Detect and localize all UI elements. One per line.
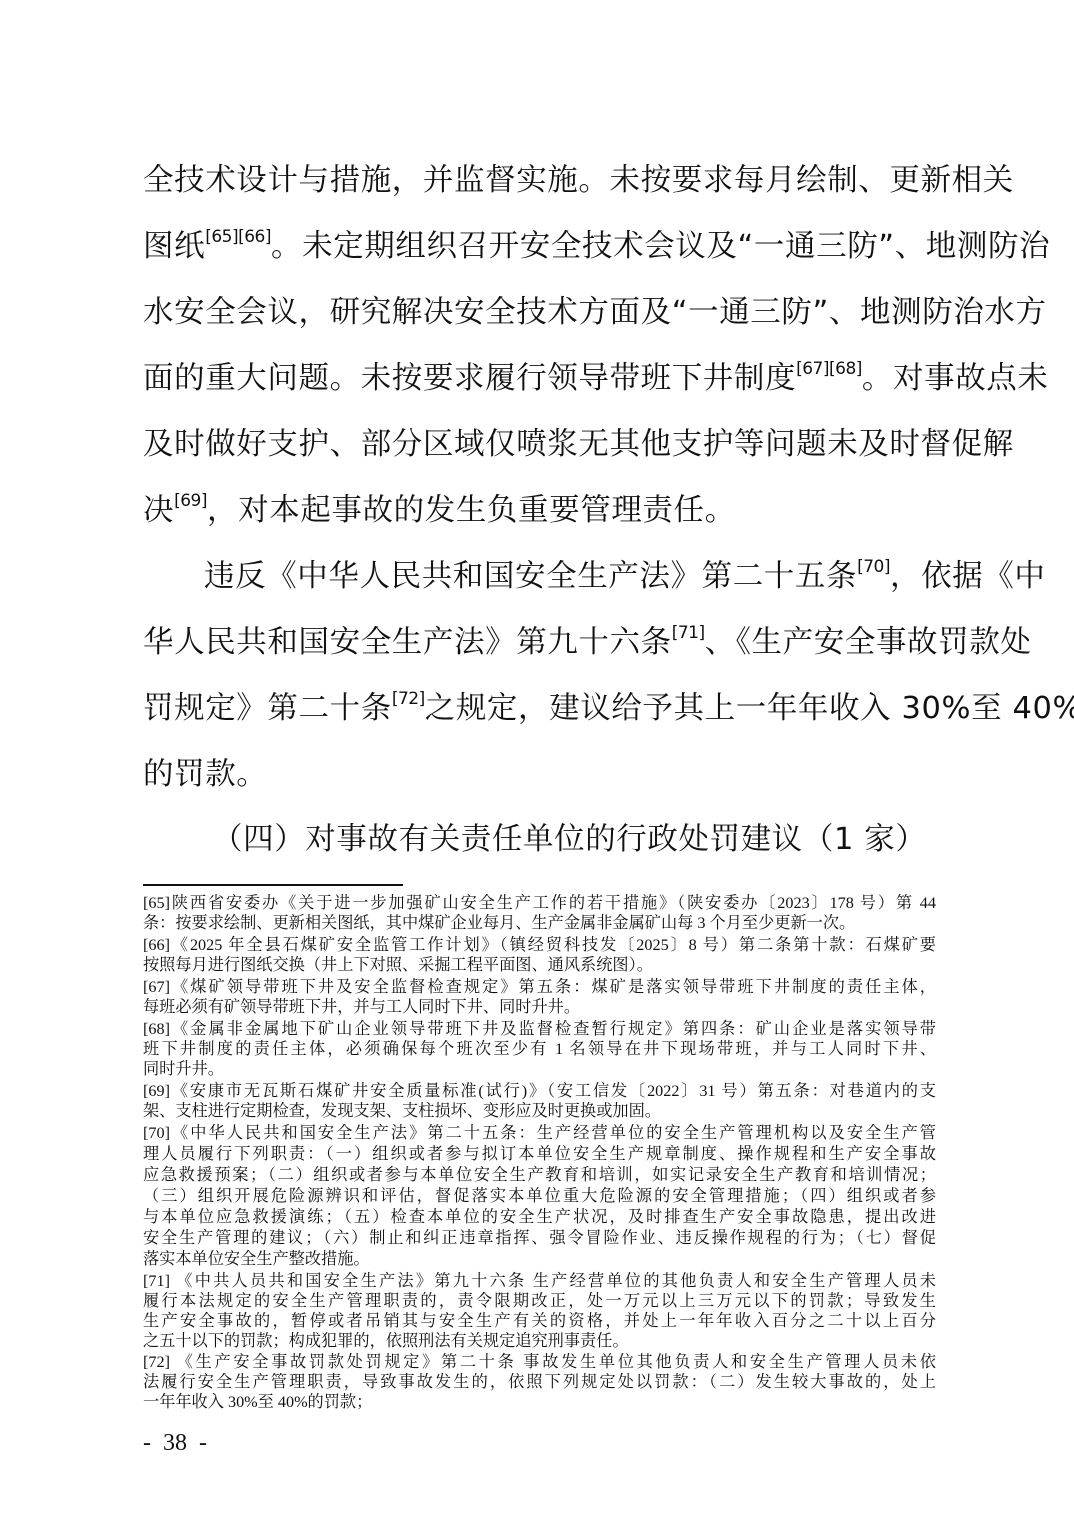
body-line: 面的重大问题。未按要求履行领导带班下井制度[67][68]。对事故点未 (143, 359, 938, 399)
document-page: 全技术设计与措施，并监督实施。未按要求每月绘制、更新相关 图纸[65][66]。… (0, 0, 1074, 1518)
footnote-line: 安全生产管理的建议；（六）制止和纠正违章指挥、强令冒险作业、违反操作规程的行为；… (143, 1228, 936, 1248)
footnote-line: [71] 《中共人员共和国安全生产法》第九十六条 生产经营单位的其他负责人和安全… (143, 1271, 936, 1291)
body-text: ，依据《中 (890, 559, 1046, 594)
body-line: 决[69]，对本起事故的发生负重要管理责任。 (143, 491, 938, 531)
body-text: 面的重大问题。未按要求履行领导带班下井制度 (143, 361, 796, 396)
body-text: 、《生产安全事故罚款处 (705, 625, 1032, 660)
footnote-line: [69]《安康市无瓦斯石煤矿井安全质量标准(试行)》（安工信发〔2022〕31 … (143, 1081, 936, 1101)
footnote-line: [67]《煤矿领导带班下井及安全监督检查规定》第五条：煤矿是落实领导带班下井制度… (143, 977, 936, 997)
body-line: 的罚款。 (143, 755, 938, 795)
body-line: 全技术设计与措施，并监督实施。未按要求每月绘制、更新相关 (143, 161, 938, 201)
footnote-line: [70]《中华人民共和国安全生产法》第二十五条：生产经营单位的安全生产管理机构以… (143, 1123, 936, 1143)
footnote-ref[interactable]: [65][66] (205, 227, 271, 247)
footnote-line: 履行本法规定的安全生产管理职责的，责令限期改正，处一万元以上三万元以下的罚款；导… (143, 1291, 936, 1311)
body-text: 。未定期组织召开安全技术会议及“一通三防”、地测防治 (271, 229, 1050, 264)
body-line: 华人民共和国安全生产法》第九十六条[71]、《生产安全事故罚款处 (143, 623, 938, 663)
footnote-ref[interactable]: [69] (174, 491, 207, 511)
footnote-line: 理人员履行下列职责：（一）组织或者参与拟订本单位安全生产规章制度、操作规程和生产… (143, 1144, 936, 1164)
footnote-line: 按照每月进行图纸交换（井上下对照、采掘工程平面图、通风系统图）。 (143, 955, 936, 975)
section-heading: （四）对事故有关责任单位的行政处罚建议（1 家） (212, 820, 927, 860)
footnote-line: 落实本单位安全生产整改措施。 (143, 1249, 936, 1269)
footnote-line: 条：按要求绘制、更新相关图纸，其中煤矿企业每月、生产金属非金属矿山每 3 个月至… (143, 913, 936, 933)
body-line: 违反《中华人民共和国安全生产法》第二十五条[70]，依据《中 (204, 557, 938, 597)
body-text: 罚规定》第二十条 (143, 691, 392, 726)
body-text: 违反《中华人民共和国安全生产法》第二十五条 (204, 559, 857, 594)
footnote-line: 架、支柱进行定期检查，发现支架、支柱损坏、变形应及时更换或加固。 (143, 1101, 936, 1121)
footnote-ref[interactable]: [71] (672, 623, 705, 643)
footnote-line: 与本单位应急救援演练；（五）检查本单位的安全生产状况，及时排查生产安全事故隐患，… (143, 1207, 936, 1227)
footnote-line: 法履行安全生产管理职责，导致事故发生的，依照下列规定处以罚款：（二）发生较大事故… (143, 1372, 936, 1392)
body-text: ，对本起事故的发生负重要管理责任。 (207, 493, 736, 528)
footnote-ref[interactable]: [67][68] (796, 359, 862, 379)
footnote-line: 同时升井。 (143, 1059, 936, 1079)
page-number: - 38 - (143, 1428, 207, 1458)
footnote-line: [68]《金属非金属地下矿山企业领导带班下井及监督检查暂行规定》第四条：矿山企业… (143, 1019, 936, 1039)
body-line: 水安全会议，研究解决安全技术方面及“一通三防”、地测防治水方 (143, 293, 938, 333)
footnote-separator (143, 884, 403, 886)
footnote-line: 一年年收入 30%至 40%的罚款； (143, 1392, 936, 1412)
footnote-line: [66]《2025 年全县石煤矿安全监管工作计划》（镇经贸科技发〔2025〕8 … (143, 935, 936, 955)
footnote-line: 班下井制度的责任主体，必须确保每个班次至少有 1 名领导在井下现场带班，并与工人… (143, 1039, 936, 1059)
footnote-ref[interactable]: [70] (857, 557, 890, 577)
body-text: 决 (143, 493, 174, 528)
body-text: 的罚款。 (143, 757, 267, 792)
body-text: 之规定，建议给予其上一年年收入 30%至 40% (425, 691, 1074, 726)
body-text: 水安全会议，研究解决安全技术方面及“一通三防”、地测防治水方 (143, 295, 1047, 330)
body-line: 罚规定》第二十条[72]之规定，建议给予其上一年年收入 30%至 40% (143, 689, 938, 729)
footnote-line: [72] 《生产安全事故罚款处罚规定》第二十条 事故发生单位其他负责人和安全生产… (143, 1352, 936, 1372)
body-line: 及时做好支护、部分区域仅喷浆无其他支护等问题未及时督促解 (143, 425, 938, 465)
footnote-line: 之五十以下的罚款；构成犯罪的，依照刑法有关规定追究刑事责任。 (143, 1331, 936, 1351)
body-text: 图纸 (143, 229, 205, 264)
footnote-line: [65]陕西省安委办《关于进一步加强矿山安全生产工作的若干措施》（陕安委办〔20… (143, 893, 936, 913)
footnote-line: 每班必须有矿领导带班下井，并与工人同时下井、同时升井。 (143, 997, 936, 1017)
body-line: 图纸[65][66]。未定期组织召开安全技术会议及“一通三防”、地测防治 (143, 227, 938, 267)
footnote-line: （三）组织开展危险源辨识和评估，督促落实本单位重大危险源的安全管理措施；（四）组… (143, 1186, 936, 1206)
body-text: 。对事故点未 (862, 361, 1049, 396)
footnote-ref[interactable]: [72] (392, 689, 425, 709)
body-text: 华人民共和国安全生产法》第九十六条 (143, 625, 672, 660)
footnote-line: 生产安全事故的，暂停或者吊销其与安全生产有关的资格，并处上一年年收入百分之二十以… (143, 1311, 936, 1331)
body-text: 及时做好支护、部分区域仅喷浆无其他支护等问题未及时督促解 (143, 427, 1014, 462)
footnote-line: 应急救援预案；（二）组织或者参与本单位安全生产教育和培训，如实记录安全生产教育和… (143, 1165, 936, 1185)
body-text: 全技术设计与措施，并监督实施。未按要求每月绘制、更新相关 (143, 163, 1014, 198)
